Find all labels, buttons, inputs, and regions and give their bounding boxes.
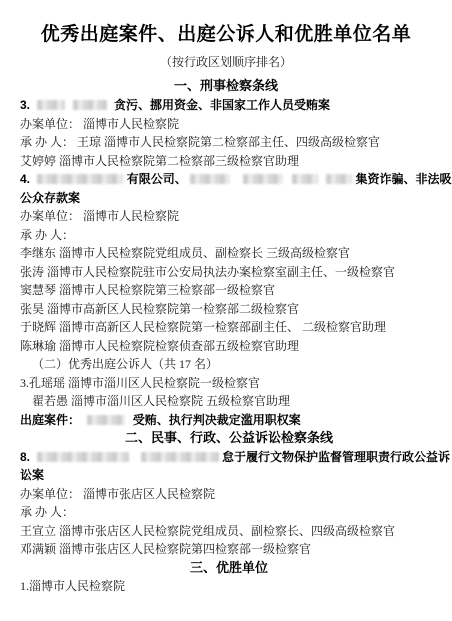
case3-handler-line-2: 艾婷婷 淄博市人民检察院第二检察部三级检察官助理 bbox=[20, 152, 438, 171]
section-winners-heading: 三、优胜单位 bbox=[20, 559, 438, 578]
case8-handler-1: 王宣立 淄博市张店区人民检察院党组成员、副检察长、四级高级检察官 bbox=[20, 522, 438, 541]
document-subtitle: （按行政区划顺序排名） bbox=[0, 55, 452, 69]
redacted-text bbox=[292, 174, 318, 184]
case4-unit-line: 办案单位： 淄博市人民检察院 bbox=[20, 207, 438, 226]
case3-title: 贪污、挪用资金、非国家工作人员受贿案 bbox=[114, 98, 330, 112]
case3-title-line: 3. 贪污、挪用资金、非国家工作人员受贿案 bbox=[20, 96, 438, 115]
unit-label: 办案单位： bbox=[20, 209, 80, 223]
redacted-text bbox=[326, 174, 352, 184]
redacted-text bbox=[37, 452, 129, 462]
prosecutor3-line-2: 翟若愚 淄博市淄川区人民检察院 五级检察官助理 bbox=[20, 392, 438, 411]
prosecutors-subheading: （二）优秀出庭公诉人（共 17 名） bbox=[20, 355, 438, 374]
case8-handler-2: 邓满颖 淄博市张店区人民检察院第四检察部一级检察官 bbox=[20, 540, 438, 559]
case4-handler-4: 张昊 淄博市高新区人民检察院第一检察部二级检察官 bbox=[20, 300, 438, 319]
court-case-title: 受贿、执行判决裁定滥用职权案 bbox=[133, 413, 301, 427]
case4-handler-2: 张涛 淄博市人民检察院驻市公安局执法办案检察室副主任、一级检察官 bbox=[20, 263, 438, 282]
handler-label: 承 办 人： bbox=[20, 135, 74, 149]
case8-handler-label-line: 承 办 人： bbox=[20, 503, 438, 522]
unit-label: 办案单位： bbox=[20, 487, 80, 501]
unit-value: 淄博市人民检察院 bbox=[83, 117, 179, 131]
case4-number: 4. bbox=[20, 172, 30, 186]
case4-title-tail: 集资诈骗、非法吸收 bbox=[355, 172, 452, 186]
redacted-text bbox=[73, 100, 107, 110]
case8-number: 8. bbox=[20, 450, 30, 464]
case4-title-wrap-line: 公众存款案 bbox=[20, 189, 438, 208]
unit-label: 办案单位： bbox=[20, 117, 80, 131]
case4-title-mid: 有限公司、 bbox=[127, 172, 187, 186]
case8-title: 怠于履行文物保护监督管理职责行政公益诉 bbox=[222, 450, 450, 464]
prosecutor3-case-line: 出庭案件： 受贿、执行判决裁定滥用职权案 bbox=[20, 411, 438, 430]
redacted-text bbox=[87, 415, 125, 425]
case8-title-line: 8. 怠于履行文物保护监督管理职责行政公益诉 bbox=[20, 448, 438, 467]
case3-number: 3. bbox=[20, 98, 30, 112]
handler-value: 王琼 淄博市人民检察院第二检察部主任、四级高级检察官 bbox=[77, 135, 380, 149]
unit-value: 淄博市人民检察院 bbox=[83, 209, 179, 223]
section-criminal-heading: 一、刑事检察条线 bbox=[0, 78, 452, 93]
winner-item-1: 1.淄博市人民检察院 bbox=[20, 577, 438, 596]
case4-handler-5: 于晓辉 淄博市高新区人民检察院第一检察部副主任、 二级检察官助理 bbox=[20, 318, 438, 337]
unit-value: 淄博市张店区人民检察院 bbox=[83, 487, 215, 501]
court-case-label: 出庭案件： bbox=[20, 413, 80, 427]
redacted-text bbox=[37, 174, 123, 184]
case4-handler-1: 李继东 淄博市人民检察院党组成员、副检察长 三级高级检察官 bbox=[20, 244, 438, 263]
case4-handler-3: 窦慧琴 淄博市人民检察院第三检察部一级检察官 bbox=[20, 281, 438, 300]
redacted-text bbox=[190, 174, 230, 184]
prosecutor3-line-1: 3.孔瑶瑶 淄博市淄川区人民检察院一级检察官 bbox=[20, 374, 438, 393]
document-body: 3. 贪污、挪用资金、非国家工作人员受贿案 办案单位： 淄博市人民检察院 承 办… bbox=[0, 96, 452, 596]
redacted-text bbox=[37, 100, 65, 110]
redacted-text bbox=[243, 174, 283, 184]
case8-unit-line: 办案单位： 淄博市张店区人民检察院 bbox=[20, 485, 438, 504]
document-page: 优秀出庭案件、出庭公诉人和优胜单位名单 （按行政区划顺序排名） 一、刑事检察条线… bbox=[0, 0, 452, 621]
redacted-text bbox=[141, 452, 219, 462]
case3-handler-line-1: 承 办 人： 王琼 淄博市人民检察院第二检察部主任、四级高级检察官 bbox=[20, 133, 438, 152]
case3-unit-line: 办案单位： 淄博市人民检察院 bbox=[20, 115, 438, 134]
section-civil-heading: 二、民事、行政、公益诉讼检察条线 bbox=[20, 429, 438, 448]
case4-title-line: 4. 有限公司、 集资诈骗、非法吸收 bbox=[20, 170, 438, 189]
case8-title-wrap-line: 讼案 bbox=[20, 466, 438, 485]
document-title: 优秀出庭案件、出庭公诉人和优胜单位名单 bbox=[0, 0, 452, 46]
case4-handler-label-line: 承 办 人： bbox=[20, 226, 438, 245]
case4-handler-6: 陈琳瑜 淄博市人民检察院检察侦查部五级检察官助理 bbox=[20, 337, 438, 356]
